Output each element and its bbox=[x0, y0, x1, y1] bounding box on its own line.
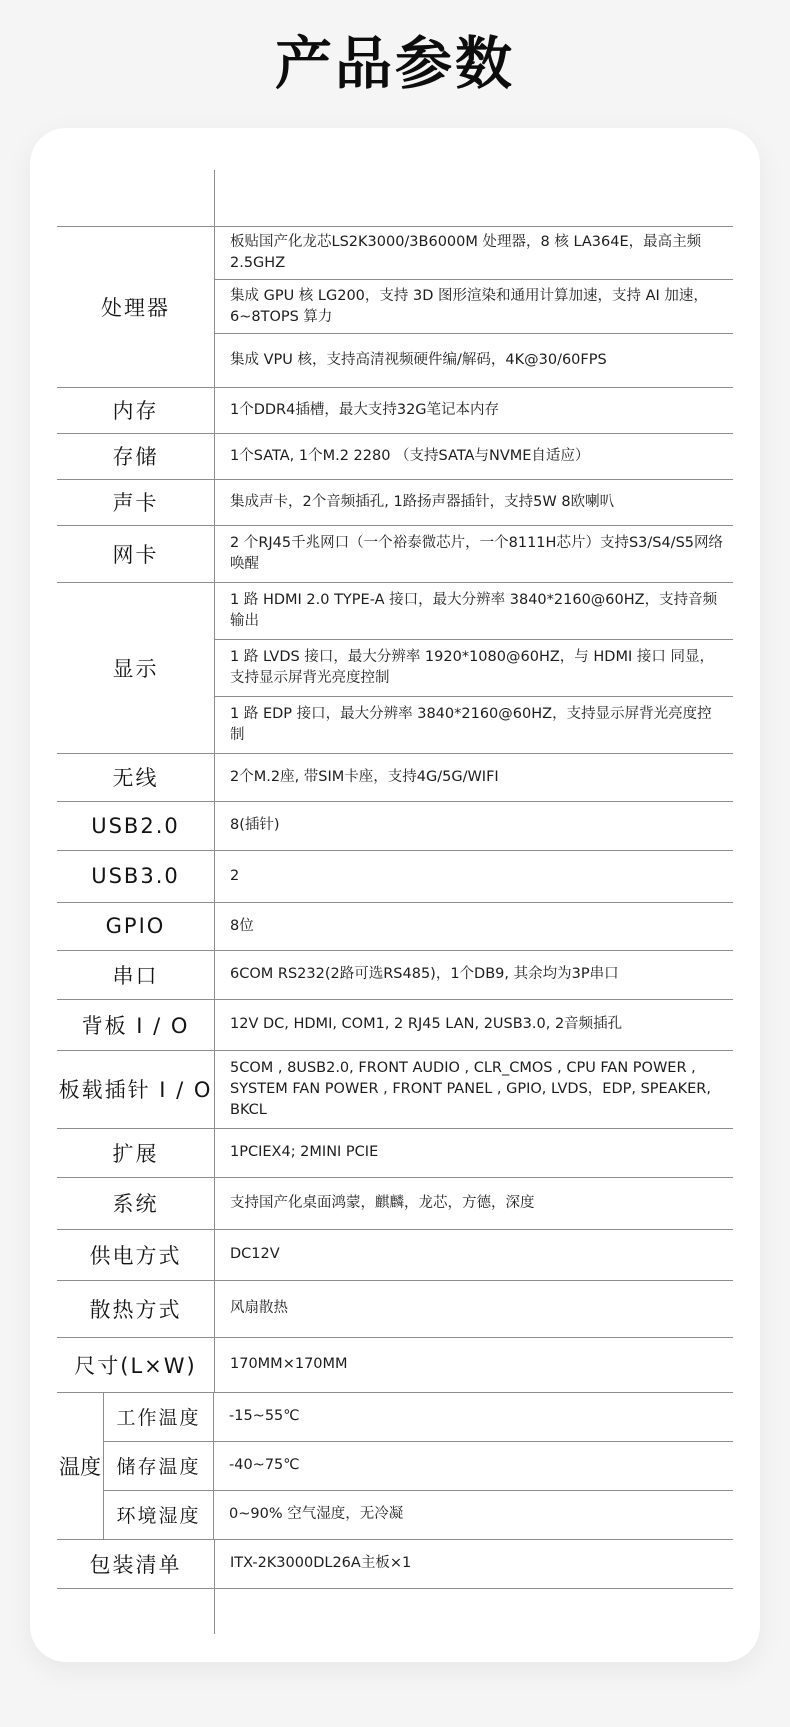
row-value: 1个DDR4插槽，最大支持32G笔记本内存 bbox=[215, 388, 733, 433]
row-label: 散热方式 bbox=[57, 1281, 215, 1337]
table-row: 散热方式 风扇散热 bbox=[57, 1280, 733, 1337]
table-row: 板载插针 I / O 5COM , 8USB2.0, FRONT AUDIO ,… bbox=[57, 1050, 733, 1128]
row-value: 风扇散热 bbox=[215, 1281, 733, 1337]
table-row: 扩展 1PCIEX4; 2MINI PCIE bbox=[57, 1128, 733, 1177]
spec-table: 处理器 板贴国产化龙芯LS2K3000/3B6000M 处理器，8 核 LA36… bbox=[57, 170, 733, 1634]
row-value: 2 个RJ45千兆网口（一个裕泰微芯片，一个8111H芯片）支持S3/S4/S5… bbox=[215, 526, 733, 582]
temp-sub-value: 0~90% 空气湿度，无冷凝 bbox=[214, 1491, 733, 1539]
row-label: USB3.0 bbox=[57, 851, 215, 902]
table-row: USB3.0 2 bbox=[57, 850, 733, 902]
table-row: 供电方式 DC12V bbox=[57, 1229, 733, 1280]
row-value: 支持国产化桌面鸿蒙，麒麟，龙芯，方德，深度 bbox=[215, 1178, 733, 1229]
table-row: 显示 1 路 HDMI 2.0 TYPE-A 接口，最大分辨率 3840*216… bbox=[57, 582, 733, 753]
row-value: 集成 VPU 核，支持高清视频硬件编/解码，4K@30/60FPS bbox=[215, 333, 733, 387]
row-value: 1 路 LVDS 接口，最大分辨率 1920*1080@60HZ，与 HDMI … bbox=[215, 639, 733, 696]
row-label: 背板 I / O bbox=[57, 1000, 215, 1050]
row-label: 声卡 bbox=[57, 480, 215, 525]
row-label: 板载插针 I / O bbox=[57, 1051, 215, 1128]
table-row: 网卡 2 个RJ45千兆网口（一个裕泰微芯片，一个8111H芯片）支持S3/S4… bbox=[57, 525, 733, 582]
temp-subrow: 环境湿度 0~90% 空气湿度，无冷凝 bbox=[104, 1490, 733, 1539]
temp-sub-label: 工作温度 bbox=[104, 1393, 214, 1441]
row-value: 12V DC, HDMI, COM1, 2 RJ45 LAN, 2USB3.0,… bbox=[215, 1000, 733, 1050]
row-value: 2个M.2座, 带SIM卡座，支持4G/5G/WIFI bbox=[215, 754, 733, 801]
table-row: 尺寸(L×W) 170MM×170MM bbox=[57, 1337, 733, 1392]
temp-sub-label: 储存温度 bbox=[104, 1442, 214, 1490]
row-label: 存储 bbox=[57, 434, 215, 479]
row-label: 供电方式 bbox=[57, 1230, 215, 1280]
row-value: 2 bbox=[215, 851, 733, 902]
temp-group-label: 温度 bbox=[57, 1393, 104, 1539]
row-value: 5COM , 8USB2.0, FRONT AUDIO , CLR_CMOS ,… bbox=[215, 1051, 733, 1128]
table-row: GPIO 8位 bbox=[57, 902, 733, 950]
row-label: GPIO bbox=[57, 903, 215, 950]
temp-sub-value: -40~75℃ bbox=[214, 1442, 733, 1490]
temp-sub-label: 环境湿度 bbox=[104, 1491, 214, 1539]
row-label: USB2.0 bbox=[57, 802, 215, 850]
table-row: 系统 支持国产化桌面鸿蒙，麒麟，龙芯，方德，深度 bbox=[57, 1177, 733, 1229]
page-title: 产品参数 bbox=[0, 0, 790, 98]
row-value: 6COM RS232(2路可选RS485)，1个DB9, 其余均为3P串口 bbox=[215, 951, 733, 999]
row-value: 170MM×170MM bbox=[215, 1338, 733, 1392]
row-value: 板贴国产化龙芯LS2K3000/3B6000M 处理器，8 核 LA364E，最… bbox=[215, 227, 733, 280]
spec-card: 处理器 板贴国产化龙芯LS2K3000/3B6000M 处理器，8 核 LA36… bbox=[30, 128, 760, 1662]
row-label: 网卡 bbox=[57, 526, 215, 582]
row-label: 处理器 bbox=[57, 227, 215, 387]
table-row: 处理器 板贴国产化龙芯LS2K3000/3B6000M 处理器，8 核 LA36… bbox=[57, 226, 733, 387]
table-row: 内存 1个DDR4插槽，最大支持32G笔记本内存 bbox=[57, 387, 733, 433]
row-value: 集成 GPU 核 LG200，支持 3D 图形渲染和通用计算加速，支持 AI 加… bbox=[215, 279, 733, 333]
spacer-label-cell bbox=[57, 1589, 215, 1634]
row-label: 尺寸(L×W) bbox=[57, 1338, 215, 1392]
table-row: 串口 6COM RS232(2路可选RS485)，1个DB9, 其余均为3P串口 bbox=[57, 950, 733, 999]
table-row: 无线 2个M.2座, 带SIM卡座，支持4G/5G/WIFI bbox=[57, 753, 733, 801]
table-top-spacer-row bbox=[57, 170, 733, 226]
temp-sub-value: -15~55℃ bbox=[214, 1393, 733, 1441]
table-row: 存储 1个SATA, 1个M.2 2280 （支持SATA与NVME自适应） bbox=[57, 433, 733, 479]
row-label: 串口 bbox=[57, 951, 215, 999]
row-label: 扩展 bbox=[57, 1129, 215, 1177]
table-row: 背板 I / O 12V DC, HDMI, COM1, 2 RJ45 LAN,… bbox=[57, 999, 733, 1050]
temp-subrow: 储存温度 -40~75℃ bbox=[104, 1441, 733, 1490]
row-value: 1 路 EDP 接口，最大分辨率 3840*2160@60HZ，支持显示屏背光亮… bbox=[215, 696, 733, 753]
row-value: 1 路 HDMI 2.0 TYPE-A 接口，最大分辨率 3840*2160@6… bbox=[215, 583, 733, 639]
table-row: 声卡 集成声卡，2个音频插孔, 1路扬声器插针，支持5W 8欧喇叭 bbox=[57, 479, 733, 525]
row-label: 系统 bbox=[57, 1178, 215, 1229]
row-value: 8(插针) bbox=[215, 802, 733, 850]
table-bottom-spacer-row bbox=[57, 1588, 733, 1634]
row-value: 1PCIEX4; 2MINI PCIE bbox=[215, 1129, 733, 1177]
row-value: 1个SATA, 1个M.2 2280 （支持SATA与NVME自适应） bbox=[215, 434, 733, 479]
spacer-label-cell bbox=[57, 170, 215, 226]
row-value: ITX-2K3000DL26A主板×1 bbox=[215, 1540, 733, 1588]
row-label: 内存 bbox=[57, 388, 215, 433]
row-value: 8位 bbox=[215, 903, 733, 950]
table-row: USB2.0 8(插针) bbox=[57, 801, 733, 850]
row-label: 包装清单 bbox=[57, 1540, 215, 1588]
row-value: 集成声卡，2个音频插孔, 1路扬声器插针，支持5W 8欧喇叭 bbox=[215, 480, 733, 525]
table-row-temperature-group: 温度 工作温度 -15~55℃ 储存温度 -40~75℃ 环境湿度 0~90% … bbox=[57, 1392, 733, 1539]
row-value: DC12V bbox=[215, 1230, 733, 1280]
row-label: 显示 bbox=[57, 583, 215, 753]
temp-subrow: 工作温度 -15~55℃ bbox=[104, 1393, 733, 1441]
table-row: 包装清单 ITX-2K3000DL26A主板×1 bbox=[57, 1539, 733, 1588]
row-label: 无线 bbox=[57, 754, 215, 801]
